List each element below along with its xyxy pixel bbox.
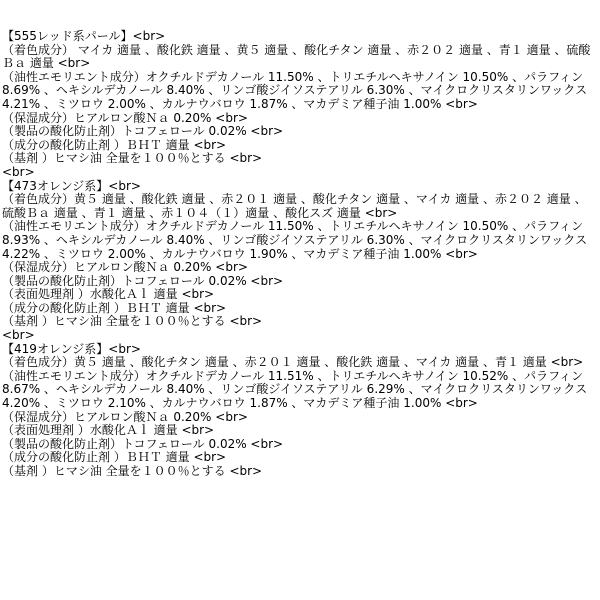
text-line: （着色成分）黄５ 適量 、酸化鉄 適量 、赤２０１ 適量 、酸化チタン 適量 、… [2,193,598,220]
text-line: （着色成分） マイカ 適量 、酸化鉄 適量 、黄５ 適量 、酸化チタン 適量 、… [2,44,598,71]
text-line: （油性エモリエント成分）オクチルドデカノール 11.50% 、トリエチルヘキサノ… [2,220,598,261]
text-line: （表面処理剤 ）水酸化Ａｌ 適量 <br> [2,424,598,438]
text-line: <br> [2,329,598,343]
text-line: （製品の酸化防止剤）トコフェロール 0.02% <br> [2,125,598,139]
section-title: 【555レッド系パール】<br> [2,30,598,44]
text-line: <br> [2,166,598,180]
text-line: （油性エモリエント成分）オクチルドデカノール 11.50% 、トリエチルヘキサノ… [2,71,598,112]
text-line: （表面処理剤 ）水酸化Ａｌ 適量 <br> [2,288,598,302]
text-line: （基剤 ）ヒマシ油 全量を１００％とする <br> [2,465,598,479]
text-line: （保湿成分）ヒアルロン酸Ｎａ 0.20% <br> [2,261,598,275]
product-ingredients-text: 【555レッド系パール】<br>（着色成分） マイカ 適量 、酸化鉄 適量 、黄… [0,0,600,479]
text-line: （基剤 ）ヒマシ油 全量を１００％とする <br> [2,315,598,329]
text-line: （成分の酸化防止剤 ）ＢＨＴ 適量 <br> [2,451,598,465]
text-line: （基剤 ）ヒマシ油 全量を１００％とする <br> [2,152,598,166]
text-line: （油性エモリエント成分）オクチルドデカノール 11.51% 、トリエチルヘキサノ… [2,370,598,411]
text-line: （着色成分）黄５ 適量 、酸化チタン 適量 、赤２０１ 適量 、酸化鉄 適量 、… [2,356,598,370]
